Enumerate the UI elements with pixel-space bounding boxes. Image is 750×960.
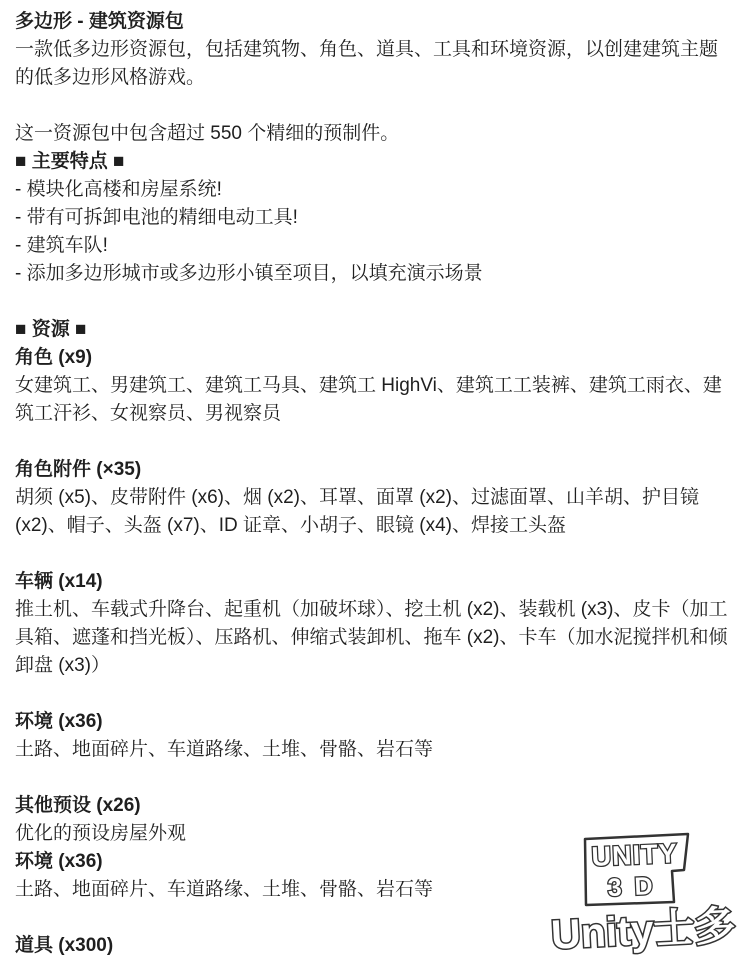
spacer [15,904,736,932]
intro-paragraph: 一款低多边形资源包，包括建筑物、角色、道具、工具和环境资源，以创建建筑主题的低多… [15,36,736,92]
feature-item-power-tools: - 带有可拆卸电池的精细电动工具! [15,204,736,232]
section-body-character-accessories: 胡须 (x5)、皮带附件 (x6)、烟 (x2)、耳罩、面罩 (x2)、过滤面罩… [15,484,736,540]
section-title-other-presets: 其他预设 (x26) [15,792,736,820]
feature-item-vehicle-fleet: - 建筑车队! [15,232,736,260]
section-title-environment-2: 环境 (x36) [15,848,736,876]
section-body-environment: 土路、地面碎片、车道路缘、土堆、骨骼、岩石等 [15,736,736,764]
section-title-props: 道具 (x300) [15,932,736,960]
feature-item-city-town: - 添加多边形城市或多边形小镇至项目，以填充演示场景 [15,260,736,288]
section-title-vehicles: 车辆 (x14) [15,568,736,596]
section-body-environment-2: 土路、地面碎片、车道路缘、土堆、骨骼、岩石等 [15,876,736,904]
spacer [15,428,736,456]
section-body-vehicles: 推土机、车载式升降台、起重机（加破坏球）、挖土机 (x2)、装载机 (x3)、皮… [15,596,736,680]
section-body-other-presets: 优化的预设房屋外观 [15,820,736,848]
section-title-environment: 环境 (x36) [15,708,736,736]
page-title: 多边形 - 建筑资源包 [15,8,736,36]
spacer [15,540,736,568]
features-heading: ■ 主要特点 ■ [15,148,736,176]
assets-heading: ■ 资源 ■ [15,316,736,344]
spacer [15,764,736,792]
prefab-count-line: 这一资源包中包含超过 550 个精细的预制件。 [15,120,736,148]
spacer [15,680,736,708]
section-body-characters: 女建筑工、男建筑工、建筑工马具、建筑工 HighVi、建筑工工装裤、建筑工雨衣、… [15,372,736,428]
spacer [15,288,736,316]
section-title-character-accessories: 角色附件 (×35) [15,456,736,484]
product-description-page: 多边形 - 建筑资源包 一款低多边形资源包，包括建筑物、角色、道具、工具和环境资… [0,0,750,960]
spacer [15,92,736,120]
feature-item-modular-buildings: - 模块化高楼和房屋系统! [15,176,736,204]
section-title-characters: 角色 (x9) [15,344,736,372]
